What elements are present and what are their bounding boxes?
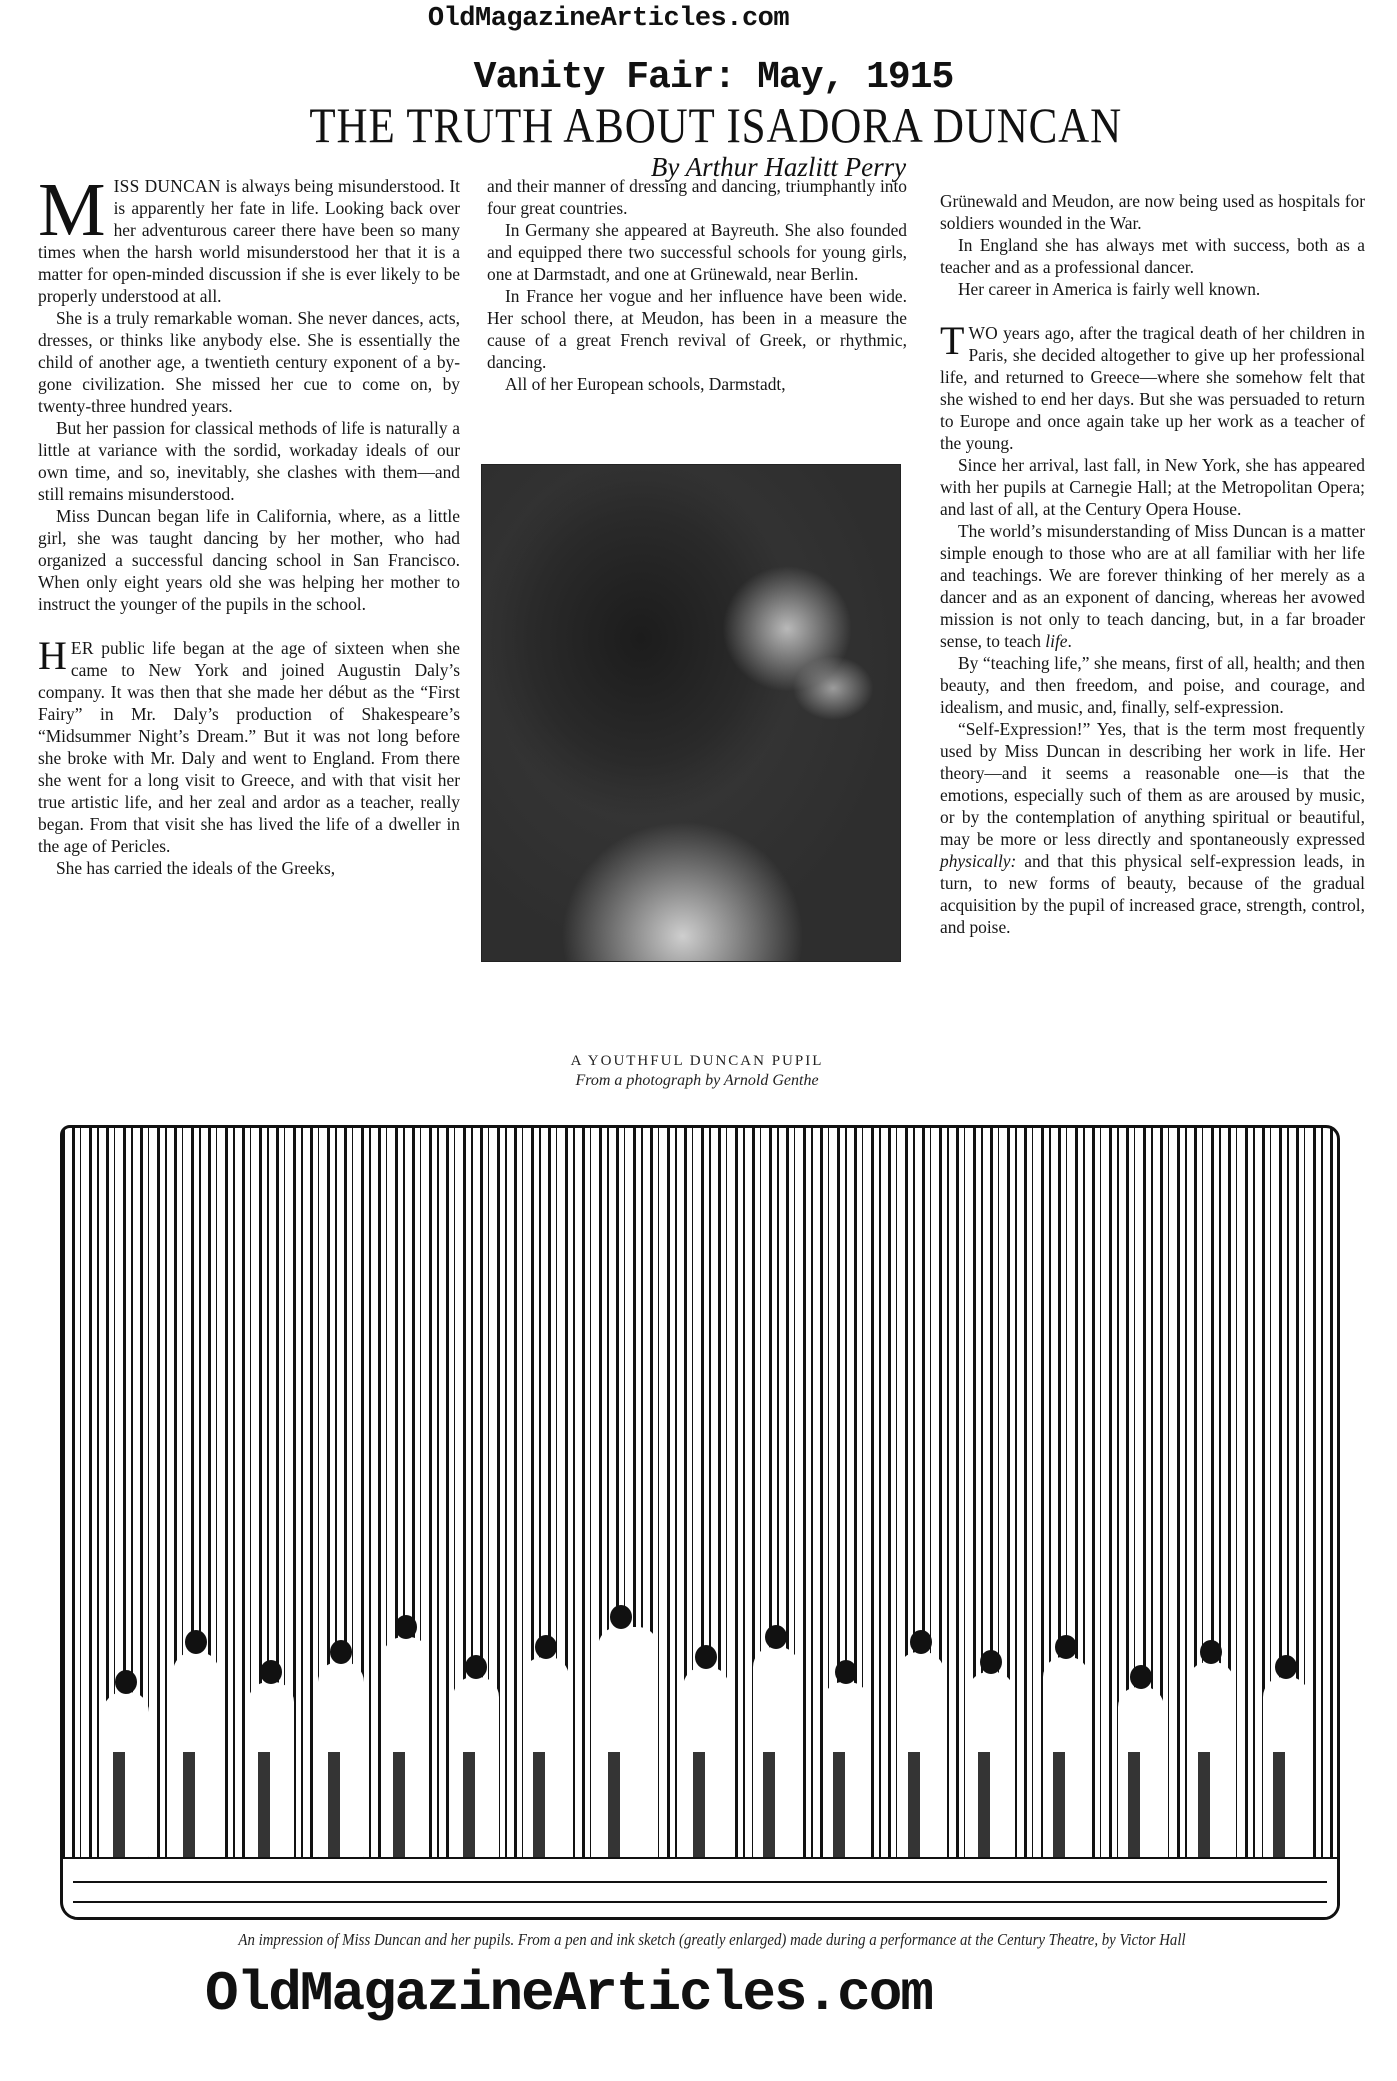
dancer-figure (1043, 1657, 1089, 1862)
dancer-figure (753, 1647, 799, 1862)
paragraph: She is a truly remarkable woman. She nev… (38, 307, 460, 417)
dancer-figure-duncan (598, 1627, 658, 1862)
portrait-photo (481, 464, 901, 962)
dancer-figure (1188, 1662, 1234, 1862)
photo-caption-credit: From a photograph by Arnold Genthe (487, 1072, 907, 1090)
paragraph: In France her vogue and her influence ha… (487, 285, 907, 373)
dancers-group (63, 1602, 1337, 1862)
dancer-figure (318, 1662, 364, 1862)
paragraph: TWO years ago, after the tragical death … (940, 322, 1365, 454)
dancer-figure (248, 1682, 294, 1862)
stage-floor (63, 1857, 1337, 1917)
paragraph: MISS DUNCAN is always being misunderstoo… (38, 175, 460, 307)
article-column-2: and their manner of dressing and dancing… (487, 175, 907, 395)
dancer-figure (173, 1652, 219, 1862)
paragraph: In England she has always met with succe… (940, 234, 1365, 278)
lead-in: ISS DUNCAN (114, 176, 221, 196)
paragraph: By “teaching life,” she means, first of … (940, 652, 1365, 718)
lead-in: ER (71, 638, 94, 658)
paragraph: Her career in America is fairly well kno… (940, 278, 1365, 300)
paragraph: All of her European schools, Darmstadt, (487, 373, 907, 395)
paragraph: HER public life began at the age of sixt… (38, 637, 460, 857)
paragraph: and their manner of dressing and dancing… (487, 175, 907, 219)
dancer-figure (683, 1667, 729, 1862)
site-watermark-top: OldMagazineArticles.com (0, 4, 1397, 34)
dancer-figure (103, 1692, 149, 1862)
dancer-figure (968, 1672, 1014, 1862)
paragraph: She has carried the ideals of the Greeks… (38, 857, 460, 879)
paragraph: Grünewald and Meudon, are now being used… (940, 190, 1365, 234)
site-watermark-bottom: OldMagazineArticles.com (0, 1962, 1397, 2026)
dancer-figure (1118, 1687, 1164, 1862)
publication-date: Vanity Fair: May, 1915 (0, 56, 1397, 99)
paragraph: Since her arrival, last fall, in New Yor… (940, 454, 1365, 520)
dancer-figure (383, 1637, 429, 1862)
drop-cap: M (38, 179, 106, 241)
dancer-figure (898, 1652, 944, 1862)
paragraph: But her passion for classical methods of… (38, 417, 460, 505)
dancer-figure (523, 1657, 569, 1862)
article-title: THE TRUTH ABOUT ISADORA DUNCAN (98, 100, 1299, 150)
pen-ink-sketch (60, 1125, 1340, 1920)
lead-in: WO (968, 323, 998, 343)
photo-caption-title: A YOUTHFUL DUNCAN PUPIL (487, 1053, 907, 1070)
paragraph: Miss Duncan began life in California, wh… (38, 505, 460, 615)
article-column-1: MISS DUNCAN is always being misunderstoo… (38, 175, 460, 879)
paragraph: The world’s misunderstanding of Miss Dun… (940, 520, 1365, 652)
dancer-figure (823, 1682, 869, 1862)
drop-cap: H (38, 639, 67, 673)
dancer-figure (453, 1677, 499, 1862)
drop-cap: T (940, 324, 964, 358)
dancer-figure (1263, 1677, 1309, 1862)
paragraph: In Germany she appeared at Bayreuth. She… (487, 219, 907, 285)
sketch-caption: An impression of Miss Duncan and her pup… (70, 1930, 1327, 1950)
paragraph: “Self-Expression!” Yes, that is the term… (940, 718, 1365, 938)
article-column-3: Grünewald and Meudon, are now being used… (940, 190, 1365, 938)
